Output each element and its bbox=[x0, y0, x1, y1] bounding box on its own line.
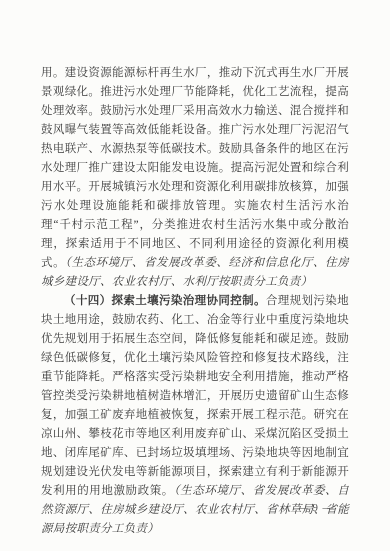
body-text: 用。建设资源能源标杆再生水厂，推动下沉式再生水厂开展景观绿化。推进污水处理厂节能… bbox=[41, 64, 349, 539]
text-segment-normal: 合理规划污染地块土地用途，鼓励农药、化工、冶金等行业中重度污染地块优先规划用于拓… bbox=[41, 295, 349, 497]
document-page: 用。建设资源能源标杆再生水厂，推动下沉式再生水厂开展景观绿化。推进污水处理厂节能… bbox=[0, 0, 390, 551]
text-segment-bold: （十四）探索土壤污染治理协同控制。 bbox=[64, 295, 266, 307]
text-segment-kaiti: （生态环境厅、省发展改革委、经济和信息化厅、住房城乡建设厅、农业农村厅、水利厅按… bbox=[41, 257, 349, 288]
paragraph: 用。建设资源能源标杆再生水厂，推动下沉式再生水厂开展景观绿化。推进污水处理厂节能… bbox=[41, 64, 349, 292]
text-segment-normal: 用。建设资源能源标杆再生水厂，推动下沉式再生水厂开展景观绿化。推进污水处理厂节能… bbox=[41, 67, 349, 269]
paragraph: （十四）探索土壤污染治理协同控制。合理规划污染地块土地用途，鼓励农药、化工、冶金… bbox=[41, 292, 349, 539]
page-number: — 9 — bbox=[298, 503, 335, 514]
